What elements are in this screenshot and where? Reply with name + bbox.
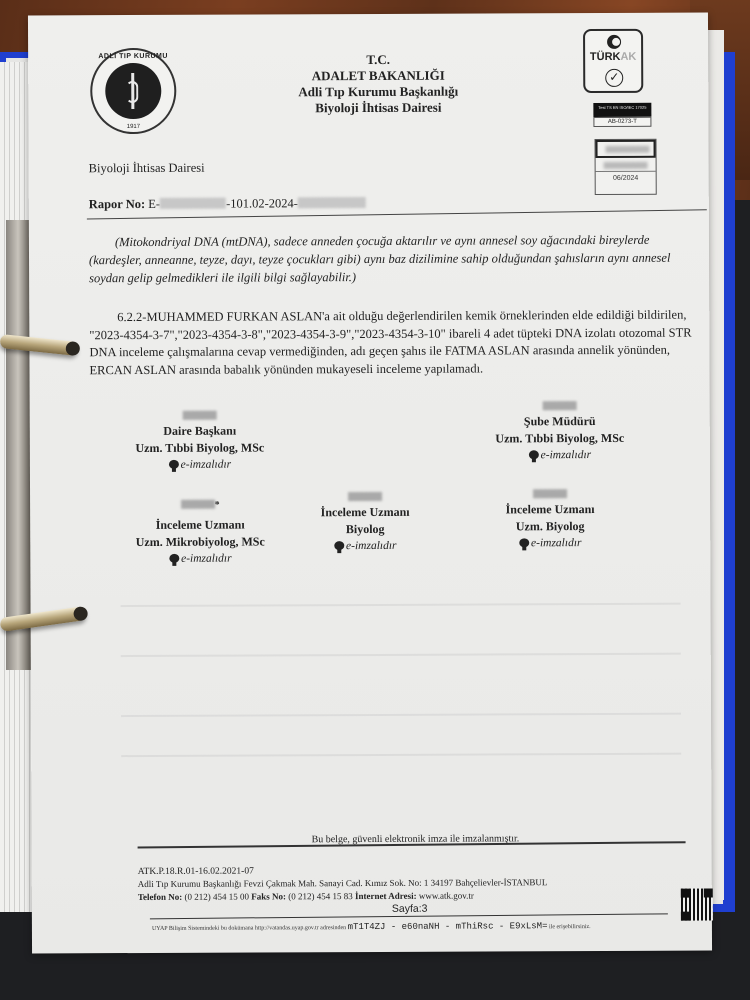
- esign-label: e-imzalıdır: [181, 551, 232, 568]
- signer-qualification: Biyolog: [265, 521, 465, 539]
- letterhead-line-2: ADALET BAKANLIĞI: [238, 67, 518, 84]
- e-signature: e-imzalıdır: [169, 551, 232, 568]
- stamp-redacted-row: [596, 140, 656, 158]
- turkak-accent: AK: [620, 51, 636, 63]
- redacted-name: [183, 411, 217, 420]
- atk-logo: ADLİ TIP KURUMU 1917: [90, 48, 176, 134]
- phone-label: Telefon No:: [138, 892, 182, 902]
- web-label: İnternet Adresi:: [355, 891, 417, 901]
- seal-icon: [169, 459, 179, 471]
- signer-title: İnceleme Uzmanı: [450, 501, 650, 519]
- esign-label: e-imzalıdır: [181, 457, 232, 474]
- signer-qualification: Uzm. Tıbbi Biyolog, MSc: [100, 439, 300, 457]
- logo-ring-text: ADLİ TIP KURUMU: [92, 53, 174, 60]
- seal-icon: [529, 450, 539, 462]
- uyap-verification: UYAP Bilişim Sistemindeki bu dokümana ht…: [152, 921, 591, 933]
- seal-icon: [519, 538, 529, 550]
- turkak-wordmark: TÜRKAK: [585, 51, 641, 63]
- signer-marker: *: [215, 500, 220, 511]
- signer-title: Daire Başkanı: [100, 422, 300, 440]
- uyap-prefix: UYAP Bilişim Sistemindeki bu dokümana ht…: [152, 925, 346, 932]
- report-label: Rapor No:: [89, 197, 145, 211]
- signer-title: Şube Müdürü: [460, 413, 660, 431]
- contact-line: Telefon No: (0 212) 454 15 00 Faks No: (…: [138, 891, 474, 902]
- redacted-block: [160, 198, 226, 209]
- stamp-redacted-row: [596, 158, 656, 172]
- esign-label: e-imzalıdır: [346, 538, 397, 555]
- bleed-through: [121, 653, 681, 657]
- mtdna-note: (Mitokondriyal DNA (mtDNA), sadece anned…: [89, 231, 689, 288]
- signature-block: Şube Müdürü Uzm. Tıbbi Biyolog, MSc e-im…: [460, 401, 660, 467]
- report-prefix: E-: [148, 197, 160, 211]
- seal-icon: [169, 553, 179, 565]
- seal-icon: [334, 541, 344, 553]
- crescent-icon: [607, 35, 621, 49]
- signature-block: İnceleme Uzmanı Biyolog e-imzalıdır: [265, 492, 465, 558]
- qr-code: [681, 889, 713, 921]
- finding-paragraph: 6.2.2-MUHAMMED FURKAN ASLAN'a ait olduğu…: [89, 307, 697, 380]
- uyap-suffix: ile erişebilirsiniz.: [549, 924, 591, 930]
- institution-address: Adli Tıp Kurumu Başkanlığı Fevzi Çakmak …: [138, 877, 548, 889]
- phone-number: (0 212) 454 15 00: [184, 892, 249, 902]
- fax-label: Faks No:: [251, 891, 286, 901]
- signature-block: İnceleme Uzmanı Uzm. Biyolog e-imzalıdır: [450, 489, 650, 555]
- letterhead-line-4: Biyoloji İhtisas Dairesi: [238, 99, 518, 116]
- checkmark-icon: ✓: [605, 69, 623, 87]
- accreditation-code: AB-0273-T: [593, 117, 651, 127]
- signer-qualification: Uzm. Biyolog: [450, 518, 650, 536]
- turkak-accreditation-badge: TÜRKAK ✓: [583, 29, 643, 93]
- e-signature: e-imzalıdır: [169, 457, 232, 474]
- redacted-name: [533, 489, 567, 498]
- web-address: www.atk.gov.tr: [419, 891, 474, 901]
- redacted-name: [181, 500, 215, 509]
- bleed-through: [121, 603, 681, 607]
- bleed-through: [121, 713, 681, 717]
- redacted-block: [298, 197, 366, 208]
- turkak-main: TÜRK: [590, 51, 621, 63]
- letterhead-line-3: Adli Tıp Kurumu Başkanlığı: [238, 83, 518, 100]
- form-code: ATK.P.18.R.01-16.02.2021-07: [138, 867, 254, 878]
- e-signature: e-imzalıdır: [519, 535, 582, 552]
- accreditation-standard: Test TS EN ISO/IEC 17025: [593, 103, 651, 117]
- snake-icon: [126, 81, 138, 103]
- report-middle: -101.02-2024-: [226, 196, 298, 210]
- signer-title: İnceleme Uzmanı: [265, 504, 465, 522]
- uyap-codes: mT1T4ZJ - e60naNH - mThiRsc - E9xLsM=: [348, 921, 548, 932]
- bleed-through: [121, 753, 681, 757]
- document-stamp-box: 06/2024: [595, 139, 657, 195]
- esign-label: e-imzalıdır: [541, 447, 592, 464]
- logo-emblem: [105, 63, 161, 119]
- signer-qualification: Uzm. Tıbbi Biyolog, MSc: [460, 430, 660, 448]
- stamp-date: 06/2024: [596, 172, 656, 186]
- signature-block: Daire Başkanı Uzm. Tıbbi Biyolog, MSc e-…: [100, 410, 300, 476]
- esign-label: e-imzalıdır: [531, 535, 582, 552]
- page-number: Sayfa:3: [392, 903, 428, 915]
- fax-number: (0 212) 454 15 83: [288, 891, 353, 901]
- department-name: Biyoloji İhtisas Dairesi: [89, 161, 205, 177]
- report-number: Rapor No: E--101.02-2024-: [89, 196, 366, 212]
- logo-year: 1917: [92, 124, 174, 130]
- redacted-name: [543, 401, 577, 410]
- e-signature: e-imzalıdır: [529, 447, 592, 464]
- document-page: ADLİ TIP KURUMU 1917 T.C. ADALET BAKANLI…: [28, 13, 712, 954]
- e-signature: e-imzalıdır: [334, 538, 397, 555]
- letterhead: T.C. ADALET BAKANLIĞI Adli Tıp Kurumu Ba…: [238, 51, 518, 116]
- letterhead-line-1: T.C.: [238, 51, 518, 68]
- redacted-name: [348, 492, 382, 501]
